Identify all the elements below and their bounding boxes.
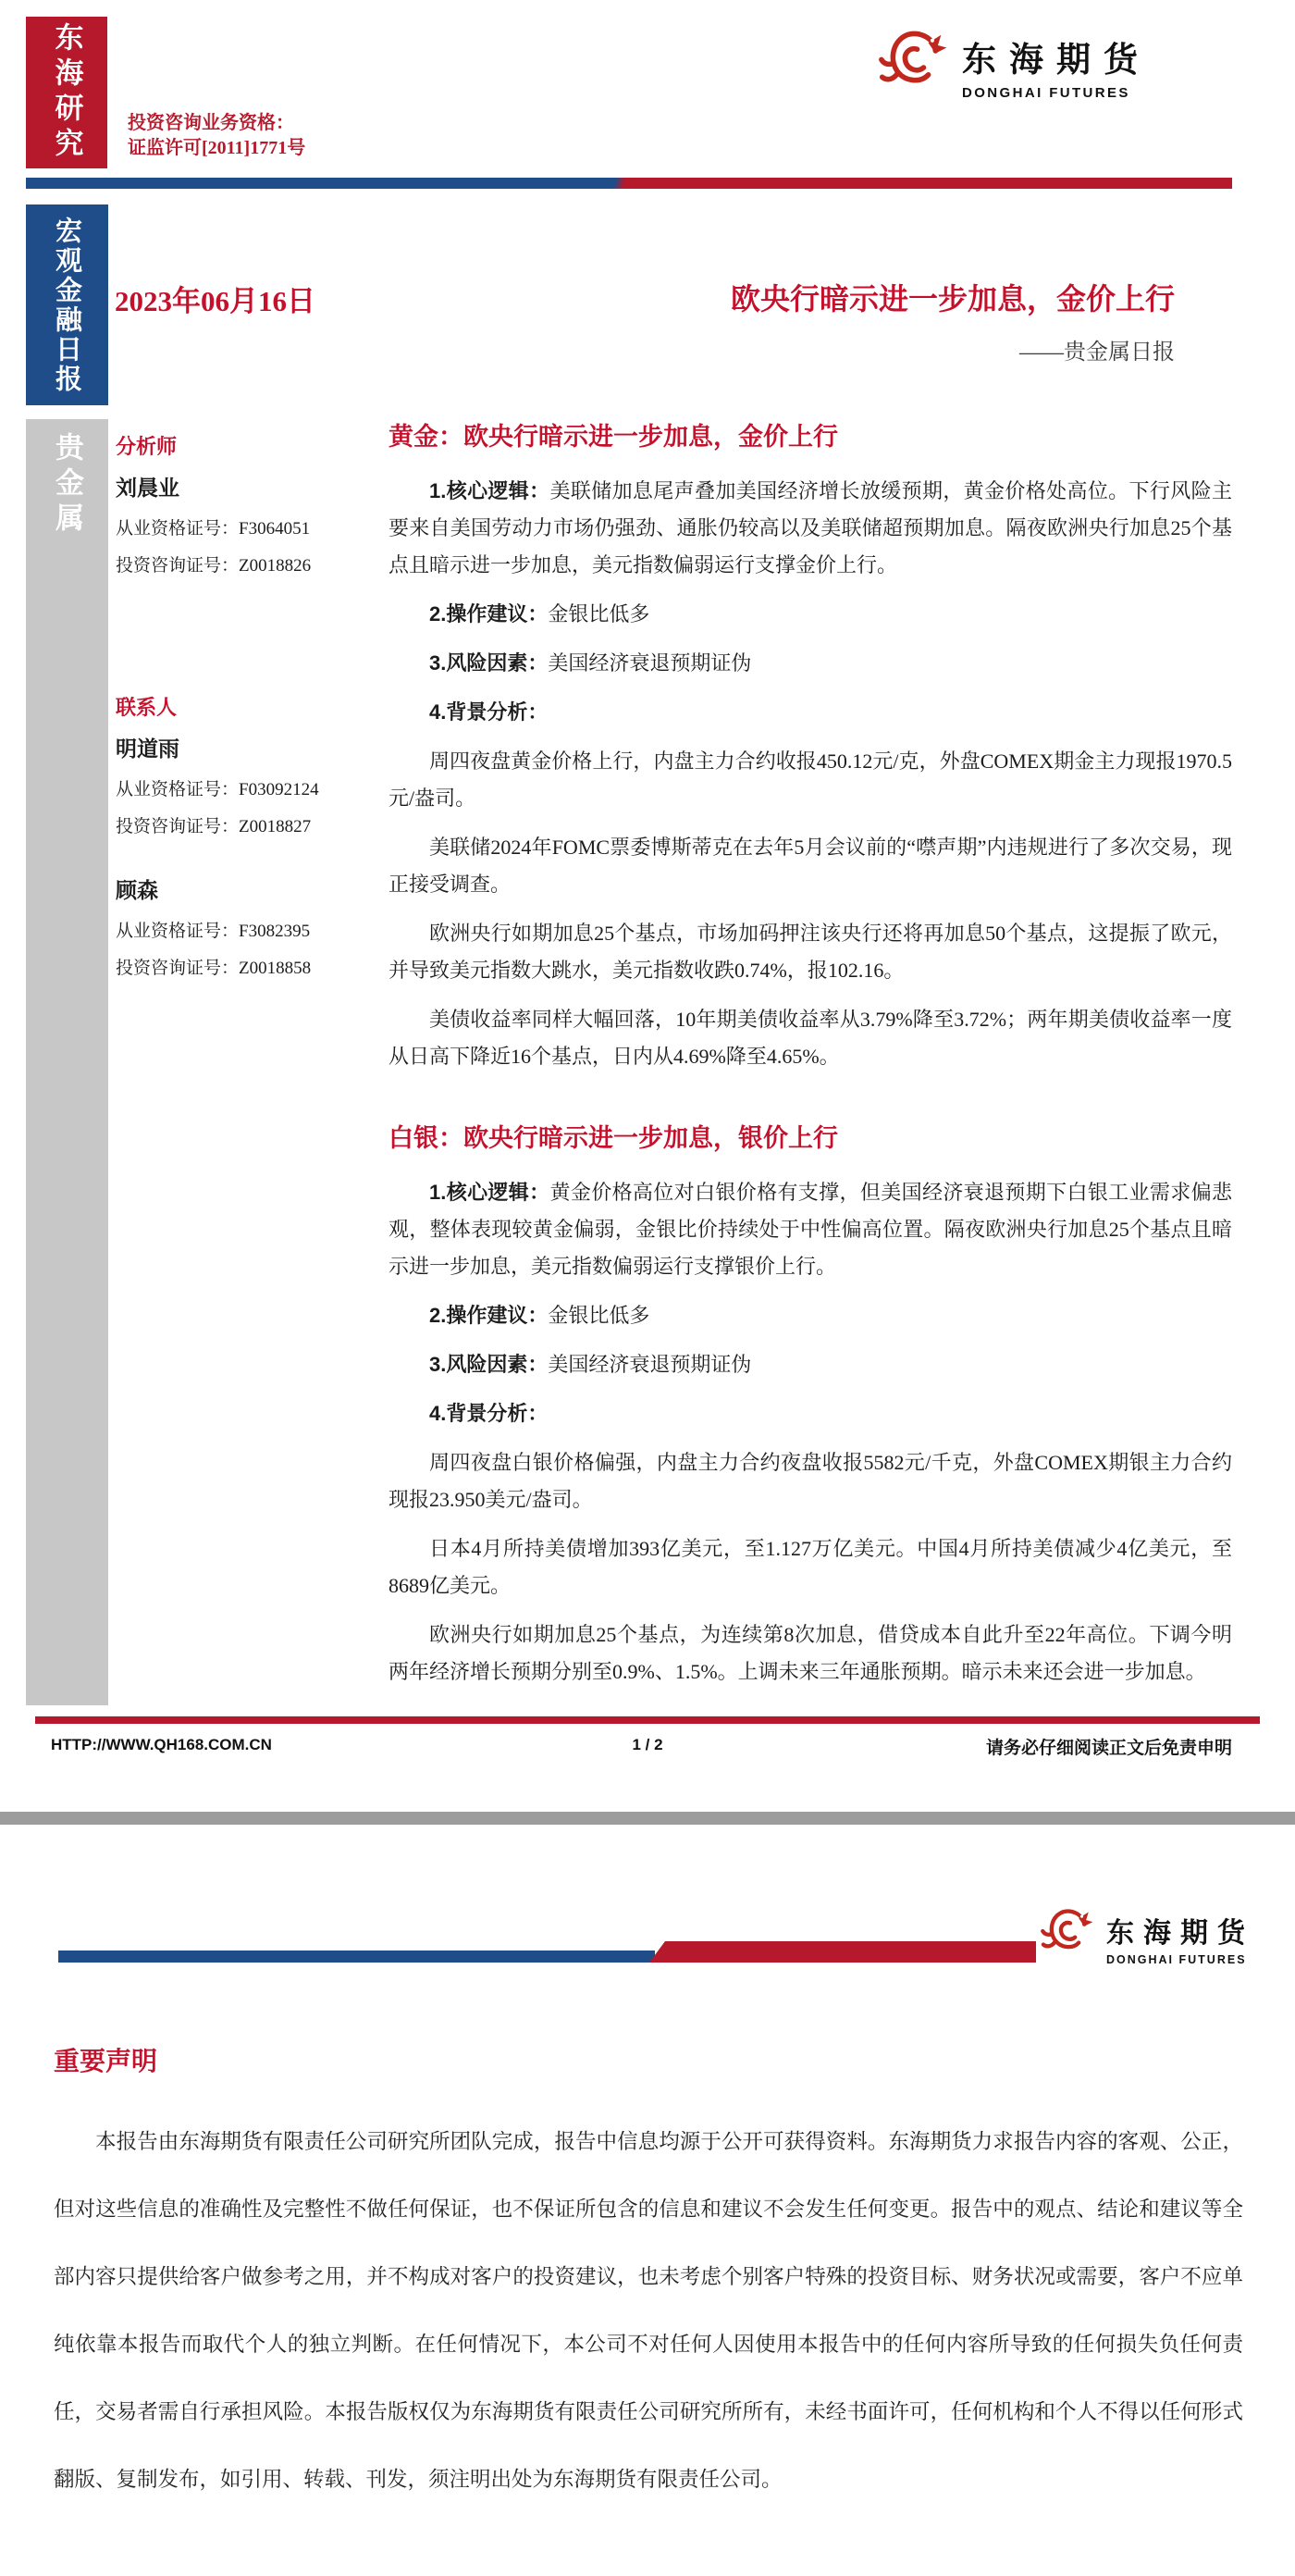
analyst-qualification: 从业资格证号：F3064051 (116, 511, 379, 548)
logo-cn-text: 东海期货 (1106, 1910, 1254, 1951)
paragraph: 美联储2024年FOMC票委博斯蒂克在去年5月会议前的“噤声期”内违规进行了多次… (388, 829, 1232, 903)
license-line2: 证监许可[2011]1771号 (128, 136, 305, 161)
paragraph: 周四夜盘黄金价格上行，内盘主力合约收报450.12元/克，外盘COMEX期金主力… (388, 743, 1232, 817)
contact-name: 明道雨 (116, 732, 379, 762)
paragraph: 日本4月所持美债增加393亿美元，至1.127万亿美元。中国4月所持美债减少4亿… (388, 1530, 1232, 1604)
logo-cn-text: 东海期货 (962, 31, 1151, 81)
analyst-name: 刘晨业 (116, 471, 379, 502)
contact-qualification: 从业资格证号：F03092124 (116, 772, 379, 809)
license-line1: 投资咨询业务资格： (128, 111, 305, 136)
page-separator-bar (0, 1812, 1295, 1825)
company-logo: 东海期货 DONGHAI FUTURES (1038, 1902, 1254, 1968)
brand-vertical-banner: 东海研究 (26, 17, 107, 168)
logo-text: 东海期货 DONGHAI FUTURES (962, 22, 1151, 101)
analyst-panel: 分析师 刘晨业 从业资格证号：F3064051 投资咨询证号：Z0018826 (116, 431, 379, 585)
title-block: 欧央行暗示进一步加息，金价上行 ——贵金属日报 (731, 276, 1175, 365)
footer-disclaimer-notice: 请务必仔细阅读正文后免责申明 (986, 1734, 1232, 1759)
paragraph: 1.核心逻辑：美联储加息尾声叠加美国经济增长放缓预期，黄金价格处高位。下行风险主… (388, 473, 1232, 584)
brand-banner-label: 东海研究 (46, 22, 88, 163)
analyst-advisory: 投资咨询证号：Z0018826 (116, 548, 379, 585)
paragraph: 欧洲央行如期加息25个基点，为连续第8次加息，借贷成本自此升至22年高位。下调今… (388, 1616, 1232, 1690)
report-title: 欧央行暗示进一步加息，金价上行 (731, 276, 1175, 318)
dragon-logo-icon (1038, 1902, 1099, 1968)
license-info: 投资咨询业务资格： 证监许可[2011]1771号 (128, 111, 305, 161)
report-date: 2023年06月16日 (115, 278, 315, 319)
contacts-label: 联系人 (116, 692, 379, 721)
contact-advisory: 投资咨询证号：Z0018858 (116, 950, 379, 987)
paragraph: 4.背景分析： (388, 694, 1232, 731)
company-logo: 东海期货 DONGHAI FUTURES (875, 22, 1151, 106)
metal-banner-label: 贵金属 (46, 432, 88, 538)
report-subtitle: ——贵金属日报 (731, 333, 1175, 365)
statement-body: 本报告由东海期货有限责任公司研究所团队完成，报告中信息均源于公开可获得资料。东海… (54, 2108, 1243, 2513)
report-type-banner: 宏观金融日报 (26, 204, 108, 405)
statement-title: 重要声明 (54, 2041, 157, 2078)
paragraph: 1.核心逻辑：黄金价格高位对白银价格有支撑，但美国经济衰退预期下白银工业需求偏悲… (388, 1174, 1232, 1285)
logo-en-text: DONGHAI FUTURES (1106, 1953, 1254, 1966)
logo-en-text: DONGHAI FUTURES (962, 85, 1151, 101)
contact-name: 顾森 (116, 873, 379, 904)
contacts-panel: 联系人 明道雨 从业资格证号：F03092124 投资咨询证号：Z0018827… (116, 692, 379, 987)
paragraph: 美债收益率同样大幅回落，10年期美债收益率从3.79%降至3.72%；两年期美债… (388, 1001, 1232, 1075)
contact-advisory: 投资咨询证号：Z0018827 (116, 809, 379, 846)
analyst-label: 分析师 (116, 431, 379, 460)
paragraph: 周四夜盘白银价格偏强，内盘主力合约夜盘收报5582元/千克，外盘COMEX期银主… (388, 1444, 1232, 1518)
dragon-logo-icon (875, 22, 955, 106)
footer-divider-bar (35, 1716, 1260, 1724)
logo-text: 东海期货 DONGHAI FUTURES (1106, 1902, 1254, 1966)
contact-qualification: 从业资格证号：F3082395 (116, 913, 379, 950)
section-title: 黄金：欧央行暗示进一步加息，金价上行 (388, 416, 1232, 452)
silver-section: 白银：欧央行暗示进一步加息，银价上行 1.核心逻辑：黄金价格高位对白银价格有支撑… (388, 1118, 1232, 1690)
paragraph: 3.风险因素：美国经济衰退预期证伪 (388, 1346, 1232, 1383)
header-divider-bar (26, 178, 1232, 189)
report-document: 东海研究 投资咨询业务资格： 证监许可[2011]1771号 东海期货 DONG… (0, 0, 1295, 2576)
paragraph: 2.操作建议：金银比低多 (388, 596, 1232, 633)
paragraph: 2.操作建议：金银比低多 (388, 1297, 1232, 1334)
paragraph: 欧洲央行如期加息25个基点，市场加码押注该央行还将再加息50个基点，这提振了欧元… (388, 915, 1232, 989)
report-body: 黄金：欧央行暗示进一步加息，金价上行 1.核心逻辑：美联储加息尾声叠加美国经济增… (388, 416, 1232, 1703)
report-type-label: 宏观金融日报 (48, 217, 86, 394)
paragraph: 3.风险因素：美国经济衰退预期证伪 (388, 645, 1232, 682)
page2-divider-bar-red (649, 1941, 1036, 1963)
metal-vertical-banner: 贵金属 (26, 419, 108, 1705)
gold-section: 黄金：欧央行暗示进一步加息，金价上行 1.核心逻辑：美联储加息尾声叠加美国经济增… (388, 416, 1232, 1075)
section-title: 白银：欧央行暗示进一步加息，银价上行 (388, 1118, 1232, 1154)
page2-divider-bar-blue (58, 1951, 655, 1963)
paragraph: 4.背景分析： (388, 1395, 1232, 1432)
